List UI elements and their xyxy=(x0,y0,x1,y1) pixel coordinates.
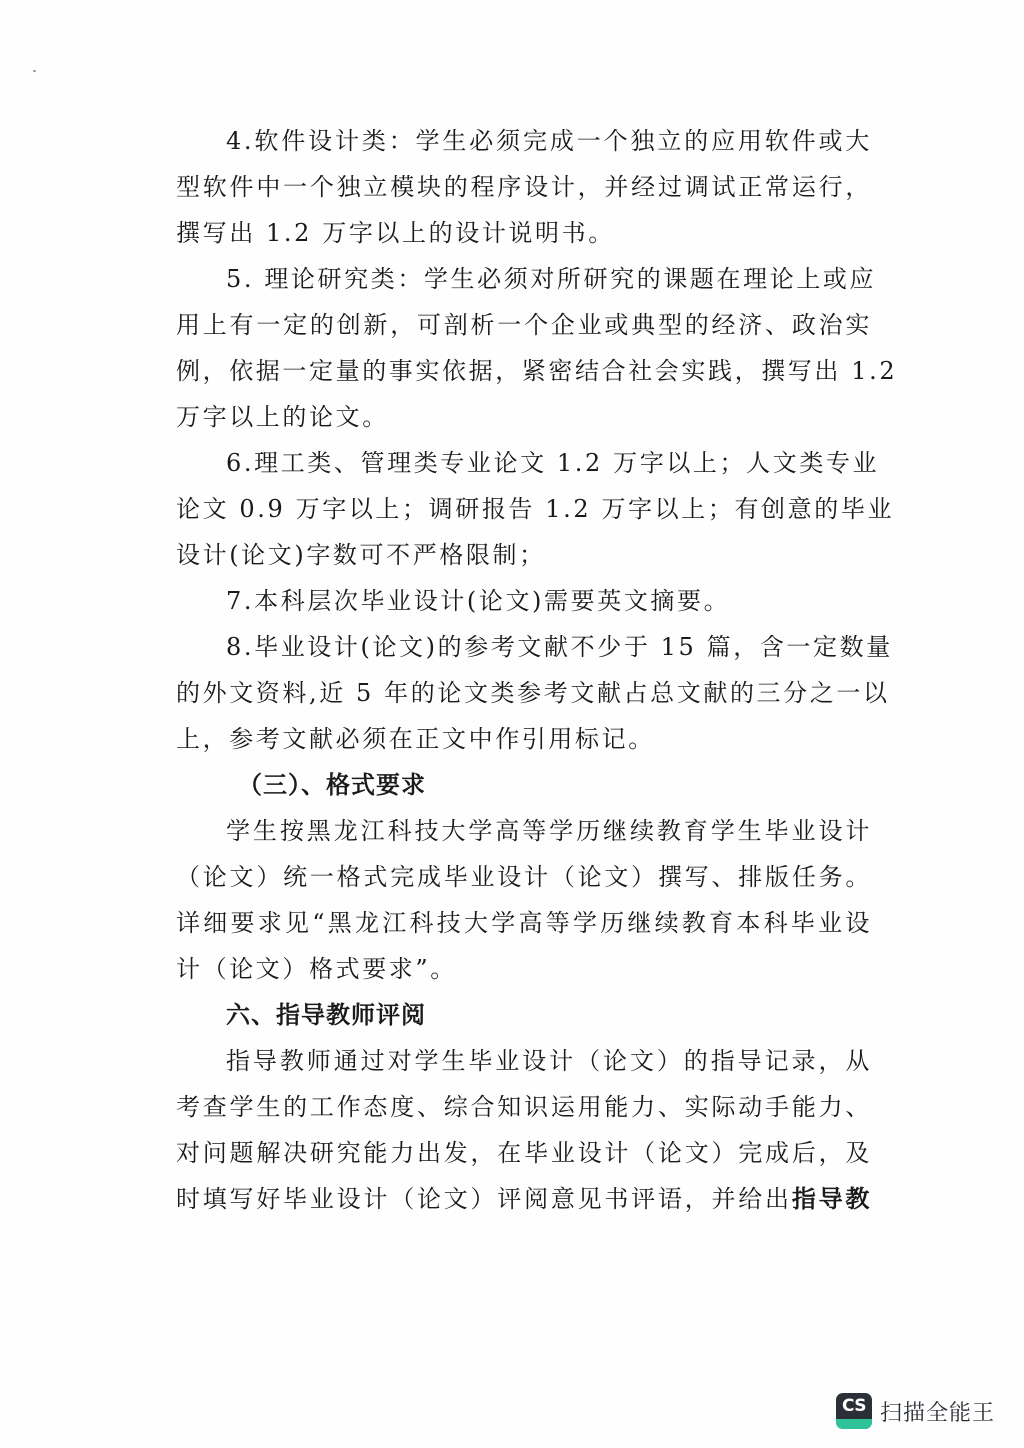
text-line: 学生按黑龙江科技大学高等学历继续教育学生毕业设计 xyxy=(176,808,872,854)
paragraph-item-4: 4.软件设计类：学生必须完成一个独立的应用软件或大 型软件中一个独立模块的程序设… xyxy=(176,118,872,256)
text-line: 设计(论文)字数可不严格限制； xyxy=(176,532,872,578)
scanned-page: 4.软件设计类：学生必须完成一个独立的应用软件或大 型软件中一个独立模块的程序设… xyxy=(0,0,1024,1448)
text-line: 对问题解决研究能力出发，在毕业设计（论文）完成后，及 xyxy=(176,1130,872,1176)
watermark-label: 扫描全能王 xyxy=(880,1396,995,1427)
subheading-format-requirements: （三）、格式要求 xyxy=(176,762,872,808)
text-line: 6.理工类、管理类专业论文 1.2 万字以上；人文类专业 xyxy=(176,440,872,486)
text-line: 撰写出 1.2 万字以上的设计说明书。 xyxy=(176,210,872,256)
text-line: 论文 0.9 万字以上；调研报告 1.2 万字以上；有创意的毕业 xyxy=(176,486,872,532)
text-line: 例，依据一定量的事实依据，紧密结合社会实践，撰写出 1.2 xyxy=(176,348,872,394)
text-line: 型软件中一个独立模块的程序设计，并经过调试正常运行， xyxy=(176,164,872,210)
document-body: 4.软件设计类：学生必须完成一个独立的应用软件或大 型软件中一个独立模块的程序设… xyxy=(176,118,872,1222)
paragraph-format: 学生按黑龙江科技大学高等学历继续教育学生毕业设计 （论文）统一格式完成毕业设计（… xyxy=(176,808,872,992)
text-run: 时填写好毕业设计（论文）评阅意见书评语，并给出 xyxy=(176,1185,792,1213)
bold-text-run: 指导教 xyxy=(792,1184,872,1213)
section-heading-advisor-review: 六、指导教师评阅 xyxy=(176,992,872,1038)
paragraph-item-8: 8.毕业设计(论文)的参考文献不少于 15 篇，含一定数量 的外文资料,近 5 … xyxy=(176,624,872,762)
camscanner-logo-icon: CS xyxy=(836,1393,872,1429)
logo-accent-bar xyxy=(836,1419,872,1429)
text-line: 考查学生的工作态度、综合知识运用能力、实际动手能力、 xyxy=(176,1084,872,1130)
text-line: （论文）统一格式完成毕业设计（论文）撰写、排版任务。 xyxy=(176,854,872,900)
paragraph-advisor-review: 指导教师通过对学生毕业设计（论文）的指导记录，从 考查学生的工作态度、综合知识运… xyxy=(176,1038,872,1222)
text-line: 万字以上的论文。 xyxy=(176,394,872,440)
paragraph-item-5: 5. 理论研究类：学生必须对所研究的课题在理论上或应 用上有一定的创新，可剖析一… xyxy=(176,256,872,440)
paragraph-item-6: 6.理工类、管理类专业论文 1.2 万字以上；人文类专业 论文 0.9 万字以上… xyxy=(176,440,872,578)
scan-speck xyxy=(33,70,36,72)
text-line: 计（论文）格式要求”。 xyxy=(176,946,872,992)
paragraph-item-7: 7.本科层次毕业设计(论文)需要英文摘要。 xyxy=(176,578,872,624)
text-line: 5. 理论研究类：学生必须对所研究的课题在理论上或应 xyxy=(176,256,872,302)
text-line: 时填写好毕业设计（论文）评阅意见书评语，并给出指导教 xyxy=(176,1176,872,1222)
text-line: 4.软件设计类：学生必须完成一个独立的应用软件或大 xyxy=(176,118,872,164)
camscanner-watermark: CS 扫描全能王 xyxy=(836,1393,995,1429)
text-line: 的外文资料,近 5 年的论文类参考文献占总文献的三分之一以 xyxy=(176,670,872,716)
text-line: 上，参考文献必须在正文中作引用标记。 xyxy=(176,716,872,762)
text-line: 详细要求见“黑龙江科技大学高等学历继续教育本科毕业设 xyxy=(176,900,872,946)
text-line: 7.本科层次毕业设计(论文)需要英文摘要。 xyxy=(176,578,872,624)
logo-text: CS xyxy=(842,1393,866,1419)
text-line: 用上有一定的创新，可剖析一个企业或典型的经济、政治实 xyxy=(176,302,872,348)
text-line: 8.毕业设计(论文)的参考文献不少于 15 篇，含一定数量 xyxy=(176,624,872,670)
text-line: 指导教师通过对学生毕业设计（论文）的指导记录，从 xyxy=(176,1038,872,1084)
